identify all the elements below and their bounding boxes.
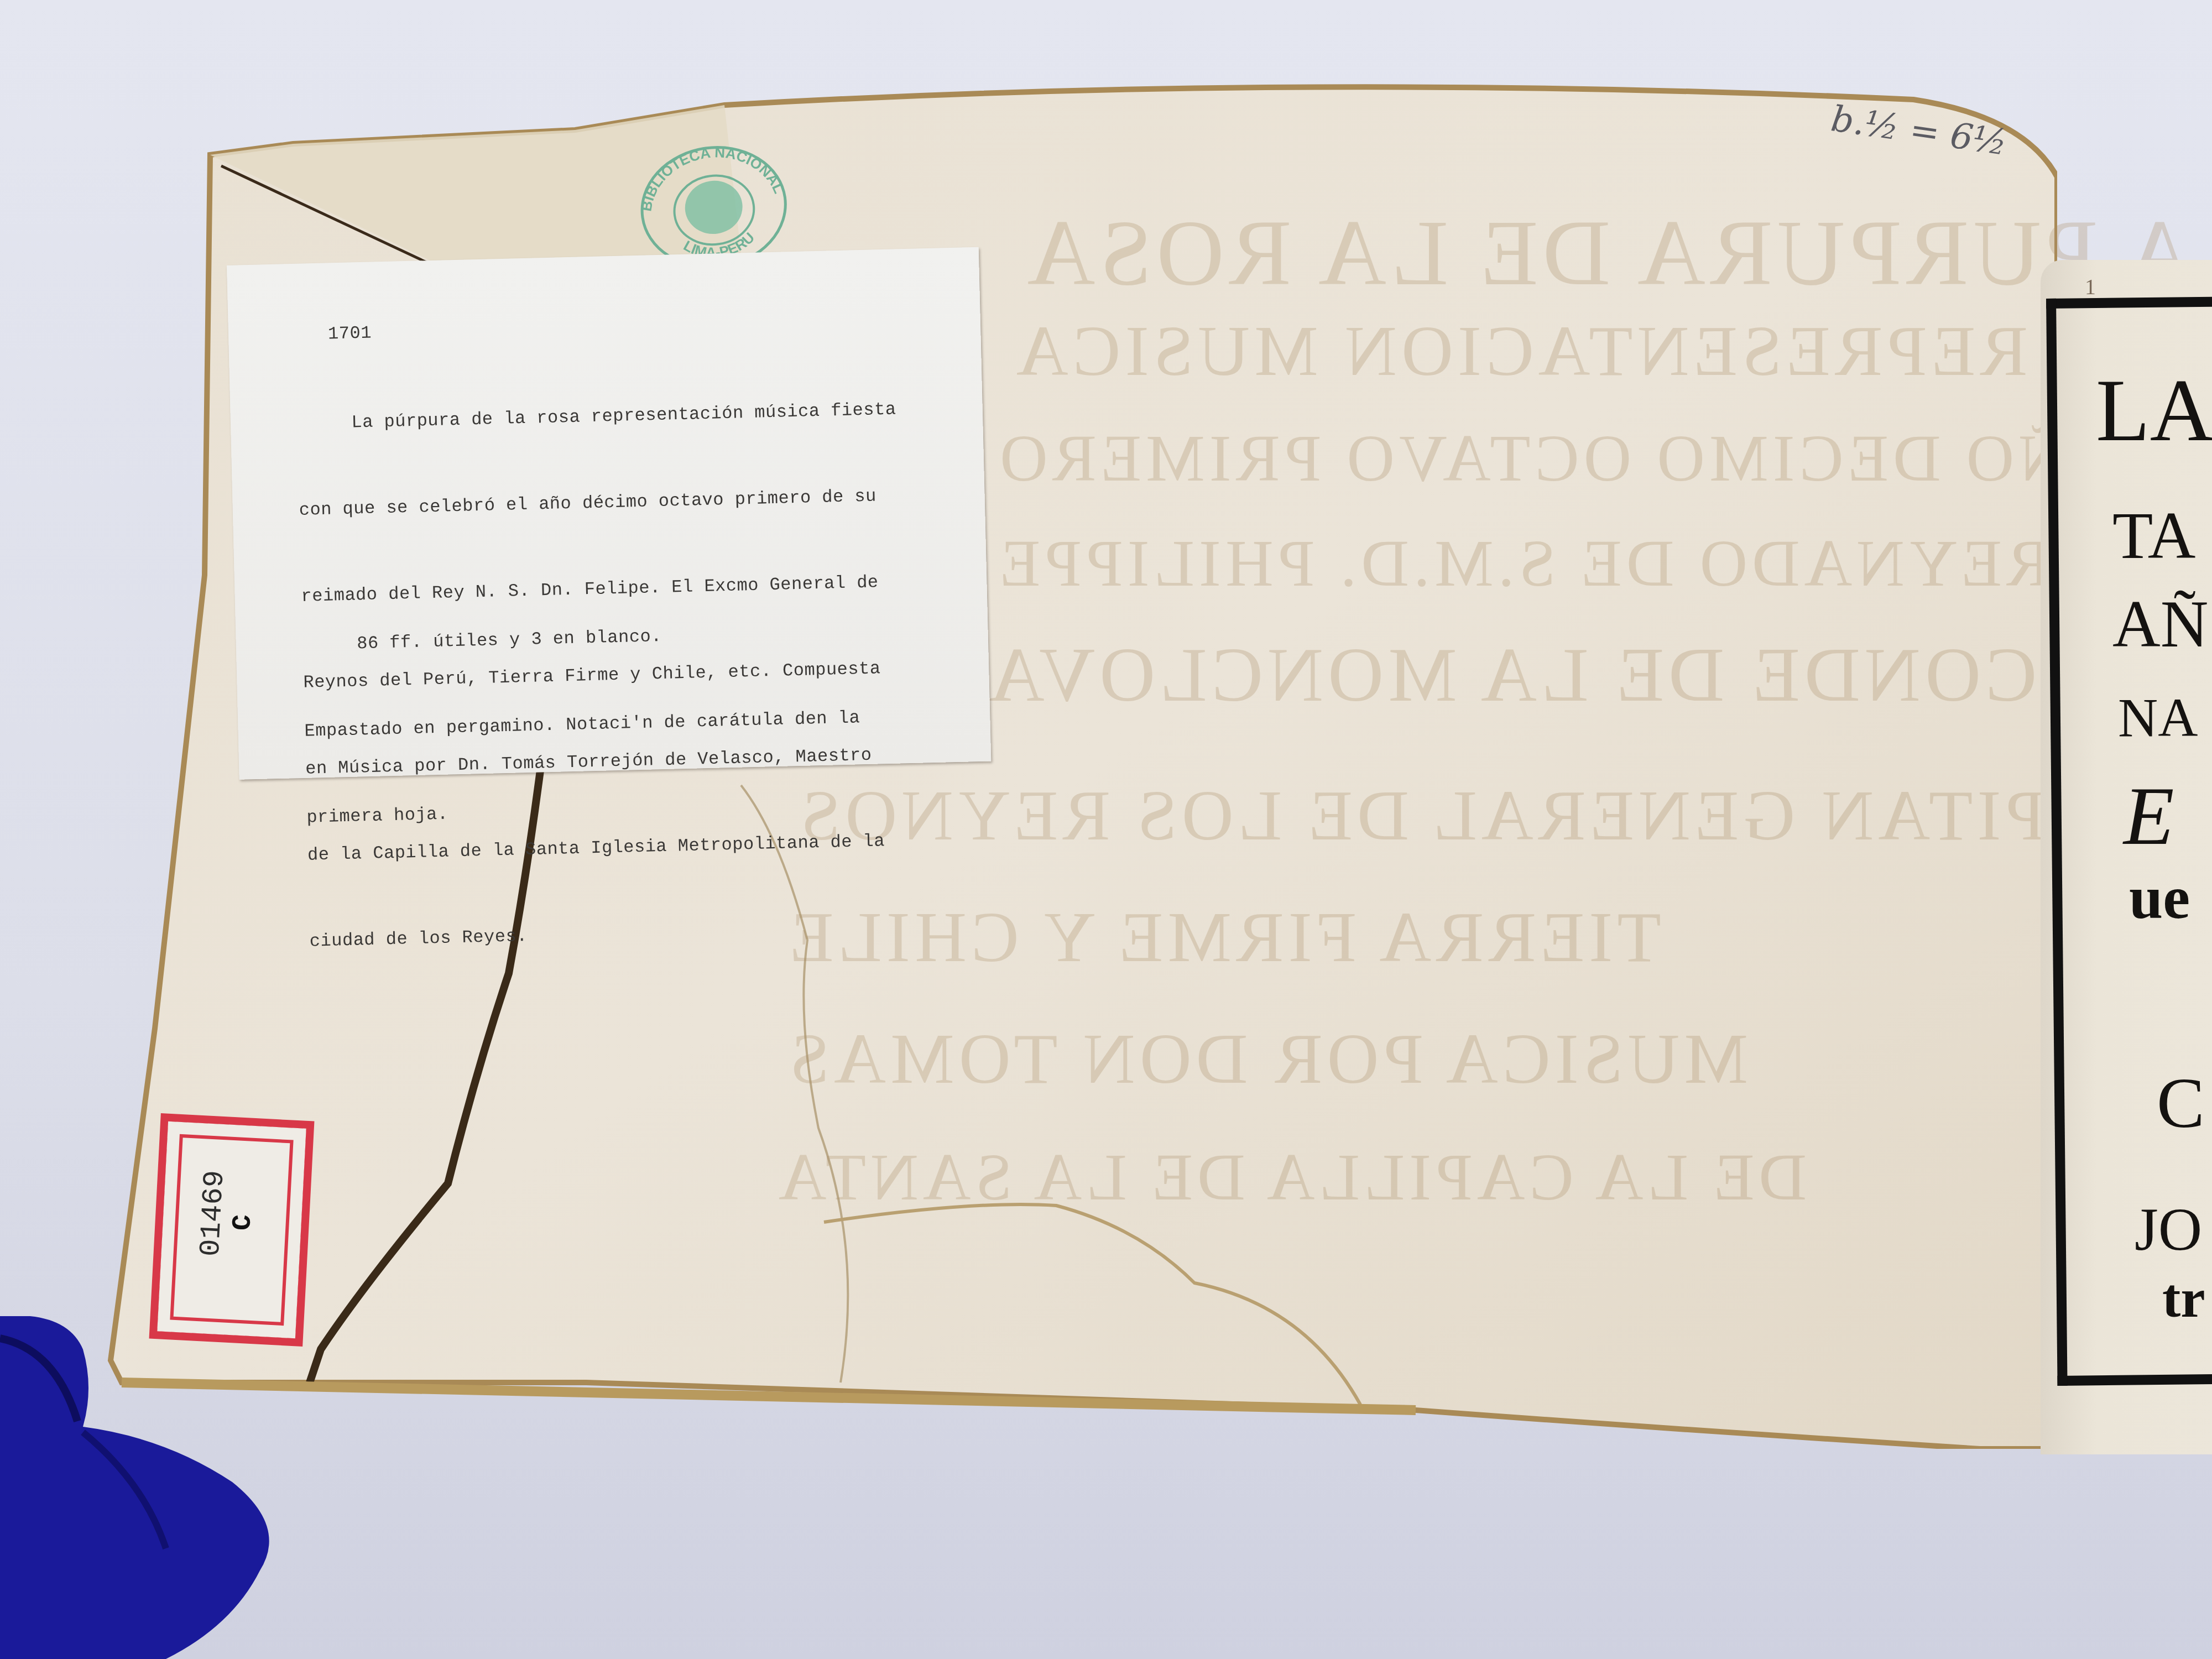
ghost-line: REYNADO DE S.M.D. PHILIPPE	[995, 525, 2051, 602]
card-year: 1701	[328, 323, 372, 345]
title-line: ue	[2129, 863, 2190, 933]
card-line: con que se celebró el año décimo octavo …	[299, 481, 941, 525]
title-line: C	[2157, 1062, 2205, 1145]
shelf-number: 01469	[194, 1170, 231, 1258]
coat-of-arms-icon	[682, 177, 746, 238]
shelf-mark-label: 01469 C	[149, 1113, 315, 1347]
folio-number: 1	[2085, 274, 2096, 300]
title-line: JO	[2135, 1194, 2202, 1265]
card-physical-description: 86 ff. útiles y 3 en blanco. Empastado e…	[301, 560, 864, 889]
card-binding-cont: primera hoja.	[306, 790, 863, 832]
title-line: TA	[2112, 498, 2195, 574]
ghost-line: CAPITAN GENERAL DE LOS REYNOS	[796, 774, 2154, 857]
ghost-line: LA PURPURA DE LA ROSA	[1023, 199, 2212, 307]
title-line: tr	[2162, 1266, 2205, 1330]
ghost-line: AÑO DECIMO OCTAVO PRIMERO	[995, 420, 2119, 497]
blue-glove-hand	[0, 1316, 288, 1659]
title-line: NA	[2118, 686, 2198, 749]
card-line: La púrpura de la rosa representación mús…	[296, 394, 938, 439]
shelf-suffix: C	[228, 1214, 258, 1232]
card-extent: 86 ff. útiles y 3 en blanco.	[302, 617, 858, 660]
archival-volume-photo: LA PURPURA DE LA ROSA REPRESENTACION MUS…	[0, 0, 2212, 1659]
ghost-line: DE LA CAPILLA DE LA SANTA	[774, 1139, 1807, 1215]
ghost-line: MUSICA POR DON TOMAS	[785, 1018, 1748, 1100]
ghost-line: CONDE DE LA MONCLOVA	[984, 630, 2037, 719]
catalog-card: 1701 La púrpura de la rosa representació…	[227, 247, 991, 780]
card-binding: Empastado en pergamino. Notaci'n de cará…	[304, 703, 860, 746]
title-line: E	[2124, 769, 2174, 864]
card-line: ciudad de los Reyes.	[309, 911, 951, 956]
title-line: AÑ	[2112, 586, 2208, 662]
ghost-line: REPRESENTACION MUSICA	[1012, 310, 2028, 393]
title-line: LA	[2096, 359, 2212, 462]
